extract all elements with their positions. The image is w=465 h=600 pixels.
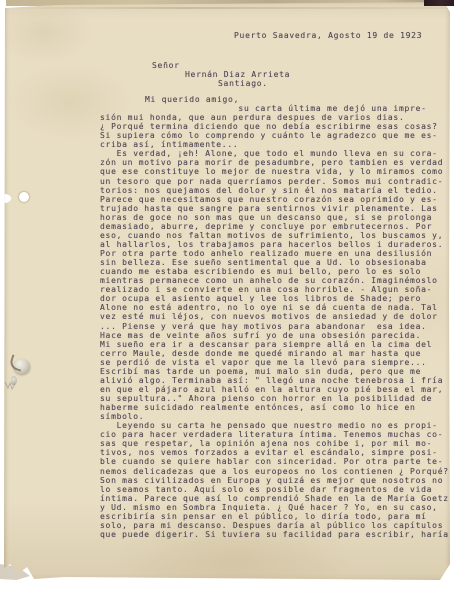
- letter-body: su carta última me dejó una impre- sión …: [100, 104, 449, 539]
- greeting: Mi querido amigo,: [145, 95, 239, 104]
- punch-hole: [19, 192, 29, 202]
- pencil-mark: [4, 378, 18, 394]
- recipient-salutation: Señor: [152, 61, 180, 70]
- dateline: Puerto Saavedra, Agosto 19 de 1923: [234, 31, 422, 40]
- recipient-city: Santiago.: [218, 79, 268, 88]
- dark-corner-chip: [424, 0, 454, 6]
- scanned-letter-photo: { "document": { "kind": "typewritten let…: [0, 0, 465, 600]
- edge-notch: [0, 194, 11, 203]
- letter-page: Puerto Saavedra, Agosto 19 de 1923 Señor…: [4, 2, 450, 582]
- recipient-name: Hernán Diaz Arrieta: [185, 70, 290, 79]
